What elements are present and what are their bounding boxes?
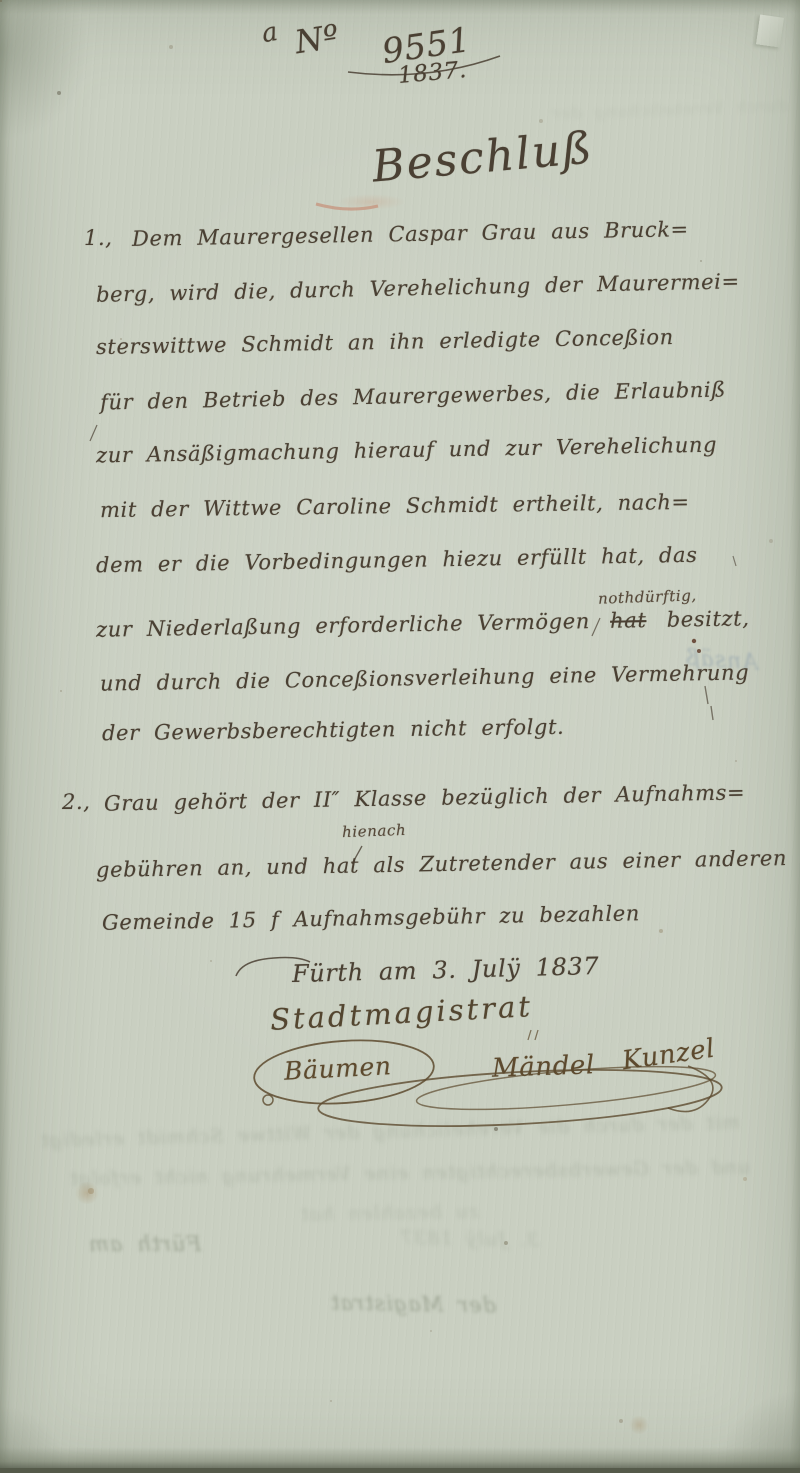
- paper-stain: [628, 1416, 650, 1434]
- manuscript-line-with-correction: zur Niederlaßung erforderliche Vermögen …: [96, 606, 750, 641]
- manuscript-line: der Gewerbsberechtigten nicht erfolgt.: [102, 715, 565, 745]
- signature-left: Bäumen: [283, 1051, 392, 1086]
- registration-number-sign: Nº: [292, 17, 342, 61]
- paper-stain: [336, 194, 406, 210]
- signature-right: Kunzel: [620, 1034, 717, 1077]
- interlinear-insertion: nothdürftig,: [598, 586, 697, 607]
- bleedthrough-text: durch Verehelichung der: [558, 96, 789, 123]
- issuing-authority: Stadtmagistrat: [269, 989, 533, 1037]
- registration-prefix: a: [260, 17, 281, 49]
- manuscript-line: gebühren an, und hat als Zutretender aus…: [96, 846, 787, 882]
- manuscript-line: Grau gehört der II″ Klasse bezüglich der…: [104, 780, 746, 815]
- line-text: besitzt,: [666, 606, 749, 631]
- interlinear-insertion: hienach: [342, 821, 407, 841]
- bleedthrough-text: Fürth am: [88, 1232, 201, 1256]
- manuscript-line: dem er die Vorbedingungen hiezu erfüllt …: [96, 543, 698, 577]
- manuscript-line: zur Ansäßigmachung hierauf und zur Vereh…: [96, 433, 717, 468]
- struck-word: hat: [610, 608, 647, 633]
- manuscript-page: durch Verehelichung der mit der durch di…: [0, 0, 800, 1473]
- paragraph-1-marker: 1.,: [84, 226, 113, 250]
- document-title: Beschluß: [370, 122, 595, 192]
- paper-speckles: [0, 0, 2, 2]
- manuscript-line: und durch die Conceßionsverleihung eine …: [100, 660, 750, 695]
- manuscript-line: mit der Wittwe Caroline Schmidt ertheilt…: [100, 490, 690, 522]
- place-dateline: Fürth am 3. Julÿ 1837: [292, 952, 600, 988]
- bleedthrough-text: der Magistrat: [330, 1291, 496, 1318]
- manuscript-line: für den Betrieb des Maurergewerbes, die …: [100, 377, 726, 414]
- bleedthrough-text: und der Gewerbsberechtigten eine Vermehr…: [70, 1156, 750, 1190]
- scan-edge: [0, 1468, 800, 1473]
- bleedthrough-text: mit der durch die Verehelichung der Witt…: [80, 1111, 740, 1150]
- bleedthrough-text: 3. Julÿ 1837: [400, 1227, 540, 1251]
- folded-corner: [756, 14, 784, 47]
- paragraph-2-marker: 2.,: [62, 790, 91, 814]
- manuscript-line: sterswittwe Schmidt an ihn erledigte Con…: [96, 325, 674, 359]
- manuscript-line: berg, wird die, durch Verehelichung der …: [96, 269, 740, 306]
- registration-year: 1837.: [397, 57, 468, 89]
- bleedthrough-text: zu bezahlen hat: [300, 1200, 479, 1225]
- signature-middle: Mändel: [492, 1050, 596, 1084]
- line-text: zur Niederlaßung erforderliche Vermögen: [96, 609, 590, 642]
- manuscript-line: Gemeinde 15 f Aufnahmsgebühr zu bezahlen: [102, 901, 640, 934]
- manuscript-line: Dem Maurergesellen Caspar Grau aus Bruck…: [132, 217, 689, 251]
